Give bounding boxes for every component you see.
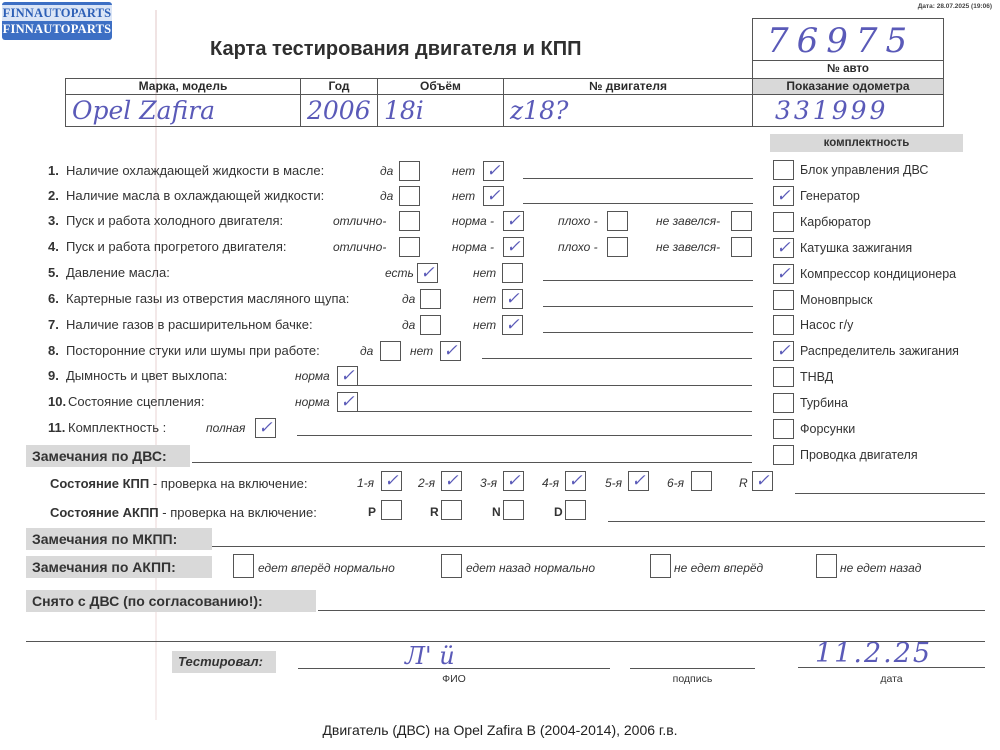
checklist-item-7-option-label: да bbox=[402, 318, 415, 332]
checklist-item-1-checkbox[interactable]: ✓ bbox=[483, 161, 504, 181]
tester-name-line bbox=[298, 668, 610, 669]
check-mark-icon: ✓ bbox=[503, 316, 522, 334]
checklist-item-2-checkbox[interactable]: ✓ bbox=[483, 186, 504, 206]
tester-date-caption: дата bbox=[798, 673, 985, 685]
completeness-item-label: Распределитель зажигания bbox=[800, 344, 959, 358]
akpp-remark-label: не едет назад bbox=[840, 561, 921, 575]
akpp-remark-checkbox[interactable] bbox=[816, 554, 837, 578]
completeness-item-label: ТНВД bbox=[800, 370, 833, 384]
engine-number-header: № двигателя bbox=[504, 79, 752, 95]
checklist-item-1-notes-input[interactable] bbox=[523, 178, 753, 179]
checklist-item-6-checkbox[interactable]: ✓ bbox=[502, 289, 523, 309]
checklist-item-5-checkbox[interactable]: ✓ bbox=[417, 263, 438, 283]
check-mark-icon: ✓ bbox=[504, 472, 523, 490]
checklist-item-6-option-label: да bbox=[402, 292, 415, 306]
manual-gearbox-label: Состояние КПП - проверка на включение: bbox=[50, 476, 307, 491]
checklist-item-5-option-label: есть bbox=[385, 266, 414, 280]
completeness-checkbox[interactable] bbox=[773, 212, 794, 232]
gear-checkbox[interactable]: ✓ bbox=[565, 471, 586, 491]
auto-position-checkbox[interactable] bbox=[503, 500, 524, 520]
completeness-checkbox[interactable]: ✓ bbox=[773, 238, 794, 258]
checklist-item-3-option-label: норма - bbox=[452, 214, 494, 228]
completeness-checkbox[interactable]: ✓ bbox=[773, 341, 794, 361]
completeness-item[interactable]: ✓Катушка зажигания bbox=[773, 237, 912, 259]
auto-position-label: P bbox=[368, 505, 376, 519]
check-mark-icon: ✓ bbox=[484, 162, 503, 180]
completeness-checkbox[interactable] bbox=[773, 160, 794, 180]
check-mark-icon: ✓ bbox=[338, 367, 357, 385]
check-mark-icon: ✓ bbox=[504, 238, 523, 256]
checklist-item-3-option-label: плохо - bbox=[558, 214, 598, 228]
check-mark-icon: ✓ bbox=[256, 419, 275, 437]
checklist-item-3-checkbox[interactable]: ✓ bbox=[503, 211, 524, 231]
gear-checkbox[interactable]: ✓ bbox=[628, 471, 649, 491]
completeness-checkbox[interactable] bbox=[773, 315, 794, 335]
watermark-logo: FINNAUTOPARTS FINNAUTOPARTS bbox=[2, 2, 112, 40]
manual-gearbox-notes-input[interactable] bbox=[795, 493, 985, 494]
gear-checkbox[interactable] bbox=[691, 471, 712, 491]
completeness-item[interactable]: Турбина bbox=[773, 392, 848, 414]
checklist-item-4-checkbox[interactable]: ✓ bbox=[503, 237, 524, 257]
tester-date-value[interactable]: 11.2.25 bbox=[815, 638, 932, 669]
check-mark-icon: ✓ bbox=[566, 472, 585, 490]
check-mark-icon: ✓ bbox=[382, 472, 401, 490]
completeness-checkbox[interactable] bbox=[773, 393, 794, 413]
checklist-item-3-label: 3.Пуск и работа холодного двигателя: bbox=[48, 213, 283, 228]
completeness-item[interactable]: ТНВД bbox=[773, 366, 833, 388]
auto-number-box: 76975 № авто bbox=[752, 18, 944, 79]
checklist-item-6-checkbox[interactable] bbox=[420, 289, 441, 309]
check-mark-icon: ✓ bbox=[484, 187, 503, 205]
gear-checkbox[interactable]: ✓ bbox=[441, 471, 462, 491]
completeness-item-label: Турбина bbox=[800, 396, 848, 410]
vehicle-info-table: Марка, модель Opel Zafira Год 2006 Объём… bbox=[65, 78, 944, 127]
form-title: Карта тестирования двигателя и КПП bbox=[210, 38, 581, 61]
checklist-item-6-notes-input[interactable] bbox=[543, 306, 753, 307]
volume-header: Объём bbox=[378, 79, 503, 95]
auto-position-label: D bbox=[554, 505, 563, 519]
checklist-item-3-checkbox[interactable] bbox=[607, 211, 628, 231]
check-mark-icon: ✓ bbox=[441, 342, 460, 360]
gear-checkbox[interactable]: ✓ bbox=[503, 471, 524, 491]
checklist-item-2-notes-input[interactable] bbox=[523, 203, 753, 204]
completeness-checkbox[interactable]: ✓ bbox=[773, 264, 794, 284]
akpp-remark-checkbox[interactable] bbox=[650, 554, 671, 578]
akpp-remark-checkbox[interactable] bbox=[441, 554, 462, 578]
mkpp-remarks-label: Замечания по МКПП: bbox=[26, 528, 212, 550]
removed-parts-input[interactable] bbox=[318, 610, 985, 611]
completeness-item-label: Генератор bbox=[800, 189, 860, 203]
check-mark-icon: ✓ bbox=[503, 290, 522, 308]
make-model-value[interactable]: Opel Zafira bbox=[66, 95, 300, 126]
completeness-checkbox[interactable] bbox=[773, 419, 794, 439]
check-mark-icon: ✓ bbox=[774, 265, 793, 283]
odometer-header: Показание одометра bbox=[753, 79, 943, 95]
make-model-header: Марка, модель bbox=[66, 79, 300, 95]
checklist-item-5-checkbox[interactable] bbox=[502, 263, 523, 283]
tester-signature-line[interactable] bbox=[630, 668, 755, 669]
checklist-item-2-option-label: нет bbox=[452, 189, 475, 203]
gear-label: 1-я bbox=[357, 476, 374, 490]
checklist-item-4-checkbox[interactable] bbox=[731, 237, 752, 257]
gear-checkbox[interactable]: ✓ bbox=[381, 471, 402, 491]
checklist-item-10-label: 10.Состояние сцепления: bbox=[48, 394, 204, 409]
auto-gearbox-label: Состояние АКПП - проверка на включение: bbox=[50, 505, 317, 520]
completeness-item-label: Форсунки bbox=[800, 422, 855, 436]
checklist-item-10-option-label: норма bbox=[295, 395, 330, 409]
completeness-item-label: Моновпрыск bbox=[800, 293, 872, 307]
check-mark-icon: ✓ bbox=[774, 187, 793, 205]
checklist-item-1-option-label: нет bbox=[452, 164, 475, 178]
completeness-item[interactable]: ✓Генератор bbox=[773, 185, 860, 207]
completeness-item[interactable]: Проводка двигателя bbox=[773, 444, 918, 466]
auto-number-label: № авто bbox=[753, 60, 943, 78]
completeness-item[interactable]: Карбюратор bbox=[773, 211, 871, 233]
removed-parts-label: Снято с ДВС (по согласованию!): bbox=[26, 590, 316, 612]
checklist-item-5-label: 5.Давление масла: bbox=[48, 265, 170, 280]
gear-checkbox[interactable]: ✓ bbox=[752, 471, 773, 491]
checklist-item-10-notes-input[interactable] bbox=[357, 411, 752, 412]
checklist-item-8-checkbox[interactable] bbox=[380, 341, 401, 361]
checklist-item-7-option-label: нет bbox=[473, 318, 496, 332]
checklist-item-1-option-label: да bbox=[380, 164, 393, 178]
checklist-item-10-checkbox[interactable]: ✓ bbox=[337, 392, 358, 412]
completeness-header: комплектность bbox=[770, 134, 963, 152]
checklist-item-8-checkbox[interactable]: ✓ bbox=[440, 341, 461, 361]
akpp-remark-label: едет назад нормально bbox=[466, 561, 595, 575]
auto-position-checkbox[interactable] bbox=[441, 500, 462, 520]
akpp-remark-label: не едет вперёд bbox=[674, 561, 763, 575]
checklist-item-8-label: 8.Посторонние стуки или шумы при работе: bbox=[48, 343, 320, 358]
checklist-item-3-checkbox[interactable] bbox=[399, 211, 420, 231]
checklist-item-5-option-label: нет bbox=[473, 266, 496, 280]
checklist-item-2-checkbox[interactable] bbox=[399, 186, 420, 206]
checklist-item-4-option-label: норма - bbox=[452, 240, 494, 254]
checklist-item-7-label: 7.Наличие газов в расширительном бачке: bbox=[48, 317, 313, 332]
completeness-checkbox[interactable] bbox=[773, 367, 794, 387]
year-value[interactable]: 2006 bbox=[301, 95, 377, 126]
completeness-item-label: Блок управления ДВС bbox=[800, 163, 928, 177]
check-mark-icon: ✓ bbox=[442, 472, 461, 490]
checklist-item-6-option-label: нет bbox=[473, 292, 496, 306]
checklist-item-11-label: 11.Комплектность : bbox=[48, 420, 166, 435]
odometer-value[interactable]: 331999 bbox=[753, 95, 943, 126]
engine-remarks-input[interactable] bbox=[192, 462, 752, 463]
checklist-item-2-option-label: да bbox=[380, 189, 393, 203]
volume-column: Объём 18i bbox=[378, 79, 504, 126]
checklist-item-4-option-label: отлично- bbox=[333, 240, 386, 254]
check-mark-icon: ✓ bbox=[629, 472, 648, 490]
checklist-item-4-checkbox[interactable] bbox=[607, 237, 628, 257]
completeness-item-label: Компрессор кондиционера bbox=[800, 267, 956, 281]
akpp-remarks-label: Замечания по АКПП: bbox=[26, 556, 212, 578]
auto-position-label: R bbox=[430, 505, 439, 519]
akpp-remark-checkbox[interactable] bbox=[233, 554, 254, 578]
checklist-item-7-notes-input[interactable] bbox=[543, 332, 753, 333]
volume-value[interactable]: 18i bbox=[378, 95, 503, 126]
check-mark-icon: ✓ bbox=[774, 239, 793, 257]
tester-date-line bbox=[798, 667, 985, 668]
checklist-item-11-option-label: полная bbox=[206, 421, 245, 435]
checklist-item-1-checkbox[interactable] bbox=[399, 161, 420, 181]
completeness-item-label: Насос г/у bbox=[800, 318, 853, 332]
checklist-item-3-option-label: не завелся- bbox=[656, 214, 720, 228]
auto-number-value: 76975 bbox=[767, 21, 915, 61]
checklist-item-9-checkbox[interactable]: ✓ bbox=[337, 366, 358, 386]
auto-position-checkbox[interactable] bbox=[565, 500, 586, 520]
checklist-item-4-label: 4.Пуск и работа прогретого двигателя: bbox=[48, 239, 286, 254]
checklist-item-7-checkbox[interactable] bbox=[420, 315, 441, 335]
auto-gearbox-notes-input[interactable] bbox=[608, 521, 985, 522]
completeness-checkbox[interactable]: ✓ bbox=[773, 186, 794, 206]
make-model-column: Марка, модель Opel Zafira bbox=[66, 79, 301, 126]
tester-signature-caption: подпись bbox=[630, 673, 755, 685]
checklist-item-3-option-label: отлично- bbox=[333, 214, 386, 228]
completeness-item[interactable]: Форсунки bbox=[773, 418, 855, 440]
check-mark-icon: ✓ bbox=[418, 264, 437, 282]
image-caption: Двигатель (ДВС) на Opel Zafira B (2004-2… bbox=[0, 722, 1000, 738]
checklist-item-9-option-label: норма bbox=[295, 369, 330, 383]
completeness-item-label: Проводка двигателя bbox=[800, 448, 918, 462]
checklist-item-11-notes-input[interactable] bbox=[297, 435, 752, 436]
completeness-item[interactable]: ✓Распределитель зажигания bbox=[773, 340, 959, 362]
checklist-item-9-label: 9.Дымность и цвет выхлопа: bbox=[48, 368, 227, 383]
tester-name-value[interactable]: Л' ü bbox=[405, 642, 455, 670]
auto-position-checkbox[interactable] bbox=[381, 500, 402, 520]
gear-label: 3-я bbox=[480, 476, 497, 490]
year-header: Год bbox=[301, 79, 377, 95]
check-mark-icon: ✓ bbox=[753, 472, 772, 490]
checklist-item-8-option-label: да bbox=[360, 344, 373, 358]
completeness-item[interactable]: ✓Компрессор кондиционера bbox=[773, 263, 956, 285]
check-mark-icon: ✓ bbox=[338, 393, 357, 411]
checklist-item-8-notes-input[interactable] bbox=[482, 358, 752, 359]
gear-label: 4-я bbox=[542, 476, 559, 490]
completeness-checkbox[interactable] bbox=[773, 290, 794, 310]
check-mark-icon: ✓ bbox=[774, 342, 793, 360]
checklist-item-9-notes-input[interactable] bbox=[357, 385, 752, 386]
odometer-column: Показание одометра 331999 bbox=[753, 79, 943, 126]
checklist-item-4-option-label: плохо - bbox=[558, 240, 598, 254]
completeness-item[interactable]: Моновпрыск bbox=[773, 289, 872, 311]
watermark-line-1: FINNAUTOPARTS bbox=[2, 5, 112, 21]
auto-position-label: N bbox=[492, 505, 501, 519]
gear-label: 6-я bbox=[667, 476, 684, 490]
completeness-item-label: Карбюратор bbox=[800, 215, 871, 229]
gear-label: 5-я bbox=[605, 476, 622, 490]
engine-number-value[interactable]: z18? bbox=[504, 95, 752, 126]
checklist-item-7-checkbox[interactable]: ✓ bbox=[502, 315, 523, 335]
checklist-item-4-option-label: не завелся- bbox=[656, 240, 720, 254]
tester-name-caption: ФИО bbox=[298, 673, 610, 685]
checklist-item-4-checkbox[interactable] bbox=[399, 237, 420, 257]
watermark-line-2: FINNAUTOPARTS bbox=[3, 21, 112, 37]
completeness-item-label: Катушка зажигания bbox=[800, 241, 912, 255]
gear-label: R bbox=[739, 476, 748, 490]
checklist-item-8-option-label: нет bbox=[410, 344, 433, 358]
mkpp-remarks-input[interactable] bbox=[212, 546, 985, 547]
completeness-item[interactable]: Насос г/у bbox=[773, 314, 853, 336]
checklist-item-5-notes-input[interactable] bbox=[543, 280, 753, 281]
checklist-item-6-label: 6.Картерные газы из отверстия масляного … bbox=[48, 291, 349, 306]
tester-label: Тестировал: bbox=[172, 651, 276, 673]
checklist-item-2-label: 2.Наличие масла в охлаждающей жидкости: bbox=[48, 188, 324, 203]
completeness-checkbox[interactable] bbox=[773, 445, 794, 465]
engine-number-column: № двигателя z18? bbox=[504, 79, 753, 126]
completeness-item[interactable]: Блок управления ДВС bbox=[773, 159, 928, 181]
akpp-remark-label: едет вперёд нормально bbox=[258, 561, 395, 575]
gear-label: 2-я bbox=[418, 476, 435, 490]
checklist-item-3-checkbox[interactable] bbox=[731, 211, 752, 231]
check-mark-icon: ✓ bbox=[504, 212, 523, 230]
checklist-item-11-checkbox[interactable]: ✓ bbox=[255, 418, 276, 438]
engine-remarks-label: Замечания по ДВС: bbox=[26, 445, 190, 467]
year-column: Год 2006 bbox=[301, 79, 378, 126]
date-stamp: Дата: 28.07.2025 (19:06) bbox=[918, 3, 992, 10]
checklist-item-1-label: 1.Наличие охлаждающей жидкости в масле: bbox=[48, 163, 324, 178]
